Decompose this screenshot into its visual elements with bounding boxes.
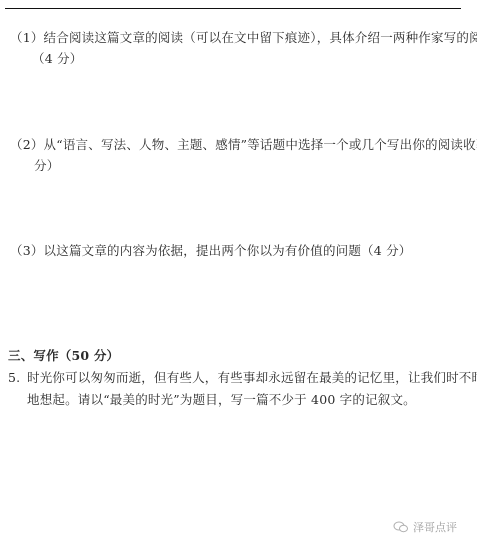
question-1-line-1: （1）结合阅读这篇文章的阅读（可以在文中留下痕迹），具体介绍一两种作家写的阅读方… [10, 30, 477, 46]
item-number: 5. [8, 370, 20, 386]
question-1-line-2: （4 分） [32, 51, 82, 67]
question-3-line-1: （3）以这篇文章的内容为依据，提出两个你以为有价值的问题（4 分） [10, 243, 411, 259]
question-2-line-1: （2）从“语言、写法、人物、主题、感情”等话题中选择一个或几个写出你的阅读收获（… [10, 137, 477, 153]
writing-prompt-line-1: 时光你可以匆匆而逝，但有些人，有些事却永远留在最美的记忆里，让我们时不时温暖 [27, 370, 477, 386]
watermark: 泽哥点评 [393, 519, 457, 535]
top-divider [5, 8, 461, 9]
watermark-text: 泽哥点评 [413, 519, 457, 535]
writing-prompt-line-2: 地想起。请以“最美的时光”为题目，写一篇不少于 400 字的记叙文。 [27, 392, 416, 408]
question-2-line-2: 分） [34, 158, 59, 174]
wechat-icon [393, 521, 409, 533]
section-heading: 三、写作（50 分） [8, 348, 119, 364]
